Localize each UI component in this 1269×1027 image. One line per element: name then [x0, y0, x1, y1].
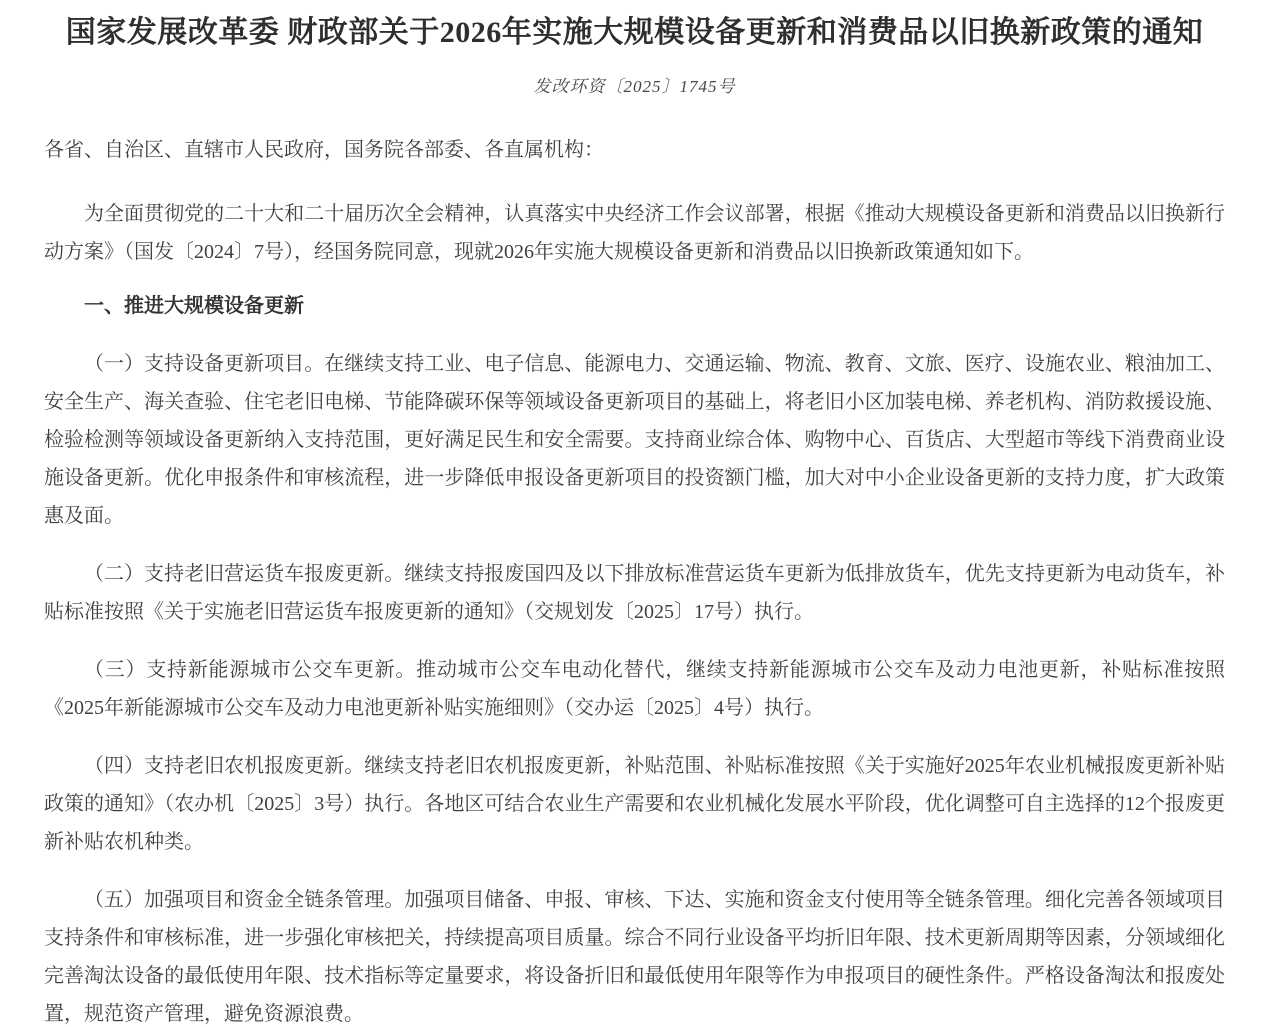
section-1-item-5: （五）加强项目和资金全链条管理。加强项目储备、申报、审核、下达、实施和资金支付使… [44, 881, 1225, 1027]
intro-paragraph: 为全面贯彻党的二十大和二十届历次全会精神，认真落实中央经济工作会议部署，根据《推… [44, 195, 1225, 271]
section-1-heading: 一、推进大规模设备更新 [44, 287, 1225, 325]
section-1-item-2: （二）支持老旧营运货车报废更新。继续支持报废国四及以下排放标准营运货车更新为低排… [44, 555, 1225, 631]
section-1-item-3: （三）支持新能源城市公交车更新。推动城市公交车电动化替代，继续支持新能源城市公交… [44, 651, 1225, 727]
section-1-item-4: （四）支持老旧农机报废更新。继续支持老旧农机报废更新，补贴范围、补贴标准按照《关… [44, 747, 1225, 861]
document-page: 国家发展改革委 财政部关于2026年实施大规模设备更新和消费品以旧换新政策的通知… [0, 14, 1269, 1027]
section-1-item-1: （一）支持设备更新项目。在继续支持工业、电子信息、能源电力、交通运输、物流、教育… [44, 345, 1225, 535]
salutation-line: 各省、自治区、直辖市人民政府，国务院各部委、各直属机构： [44, 131, 1225, 169]
document-title: 国家发展改革委 财政部关于2026年实施大规模设备更新和消费品以旧换新政策的通知 [54, 14, 1215, 52]
document-number: 发改环资〔2025〕1745号 [44, 72, 1225, 97]
